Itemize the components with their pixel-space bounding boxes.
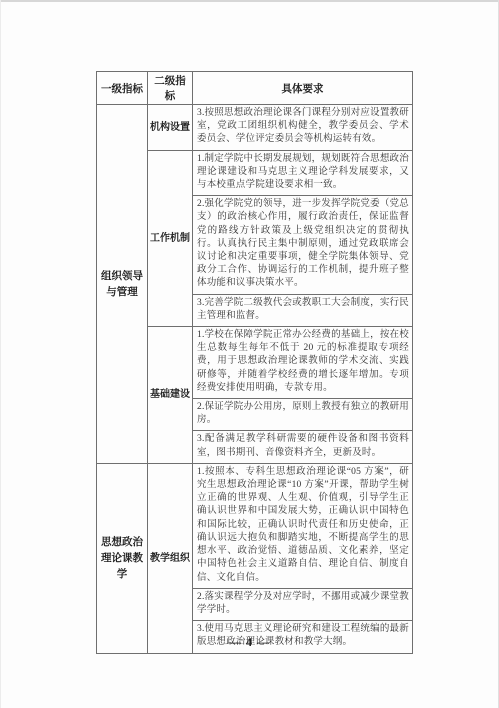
requirement-cell: 2.保证学院办公用房，原则上教授有独立的教研用房。: [193, 399, 413, 431]
header-level2: 二级指标: [148, 72, 193, 105]
level2-cell-jiaoxue-zuzhi: 教学组织: [148, 463, 193, 653]
level2-cell-gongzuo-jizhi: 工作机制: [148, 150, 193, 326]
requirement-cell: 2.落实课程学分及对应学时，不挪用或减少课堂教学学时。: [193, 588, 413, 620]
scan-edge-top: [0, 0, 499, 2]
level2-cell-jichu-jianshe: 基础建设: [148, 327, 193, 464]
scan-edge-left: [0, 0, 1, 708]
requirement-cell: 3.按照思想政治理论课各门课程分别对应设置教研室，党政工团组织机构健全，教学委员…: [193, 105, 413, 151]
level2-cell-jigou-shezhi: 机构设置: [148, 105, 193, 151]
requirement-cell: 3.完善学院二级教代会或教职工大会制度，实行民主管理和监督。: [193, 294, 413, 326]
document-page: 一级指标 二级指标 具体要求 组织领导与管理 机构设置 3.按照思想政治理论课各…: [0, 0, 499, 708]
header-level1: 一级指标: [97, 72, 148, 105]
header-requirements: 具体要求: [193, 72, 413, 105]
level1-cell-sizheng-teaching: 思想政治理论课教学: [97, 463, 148, 653]
requirement-cell: 1.学校在保障学院正常办公经费的基础上，按在校生总数每生每年不低于 20 元的标…: [193, 327, 413, 399]
requirement-cell: 1.按照本、专科生思想政治理论课“05 方案”，研究生思想政治理论课“10 方案…: [193, 463, 413, 588]
requirement-cell: 3.配备满足教学科研需要的硬件设备和图书资料室，图书期刊、音像资料齐全，更新及时…: [193, 431, 413, 463]
table-header-row: 一级指标 二级指标 具体要求: [97, 72, 413, 105]
level1-cell-org-leadership: 组织领导与管理: [97, 105, 148, 464]
table-row: 组织领导与管理 机构设置 3.按照思想政治理论课各门课程分别对应设置教研室，党政…: [97, 105, 413, 151]
indicator-table: 一级指标 二级指标 具体要求 组织领导与管理 机构设置 3.按照思想政治理论课各…: [96, 71, 413, 654]
table-row: 思想政治理论课教学 教学组织 1.按照本、专科生思想政治理论课“05 方案”，研…: [97, 463, 413, 588]
requirement-cell: 2.强化学院党的领导，进一步发挥学院党委（党总支）的政治核心作用，履行政治责任，…: [193, 196, 413, 294]
page-number: — 4 —: [0, 635, 499, 650]
requirement-cell: 1.制定学院中长期发展规划，规划既符合思想政治理论课建设和马克思主义理论学科发展…: [193, 150, 413, 196]
